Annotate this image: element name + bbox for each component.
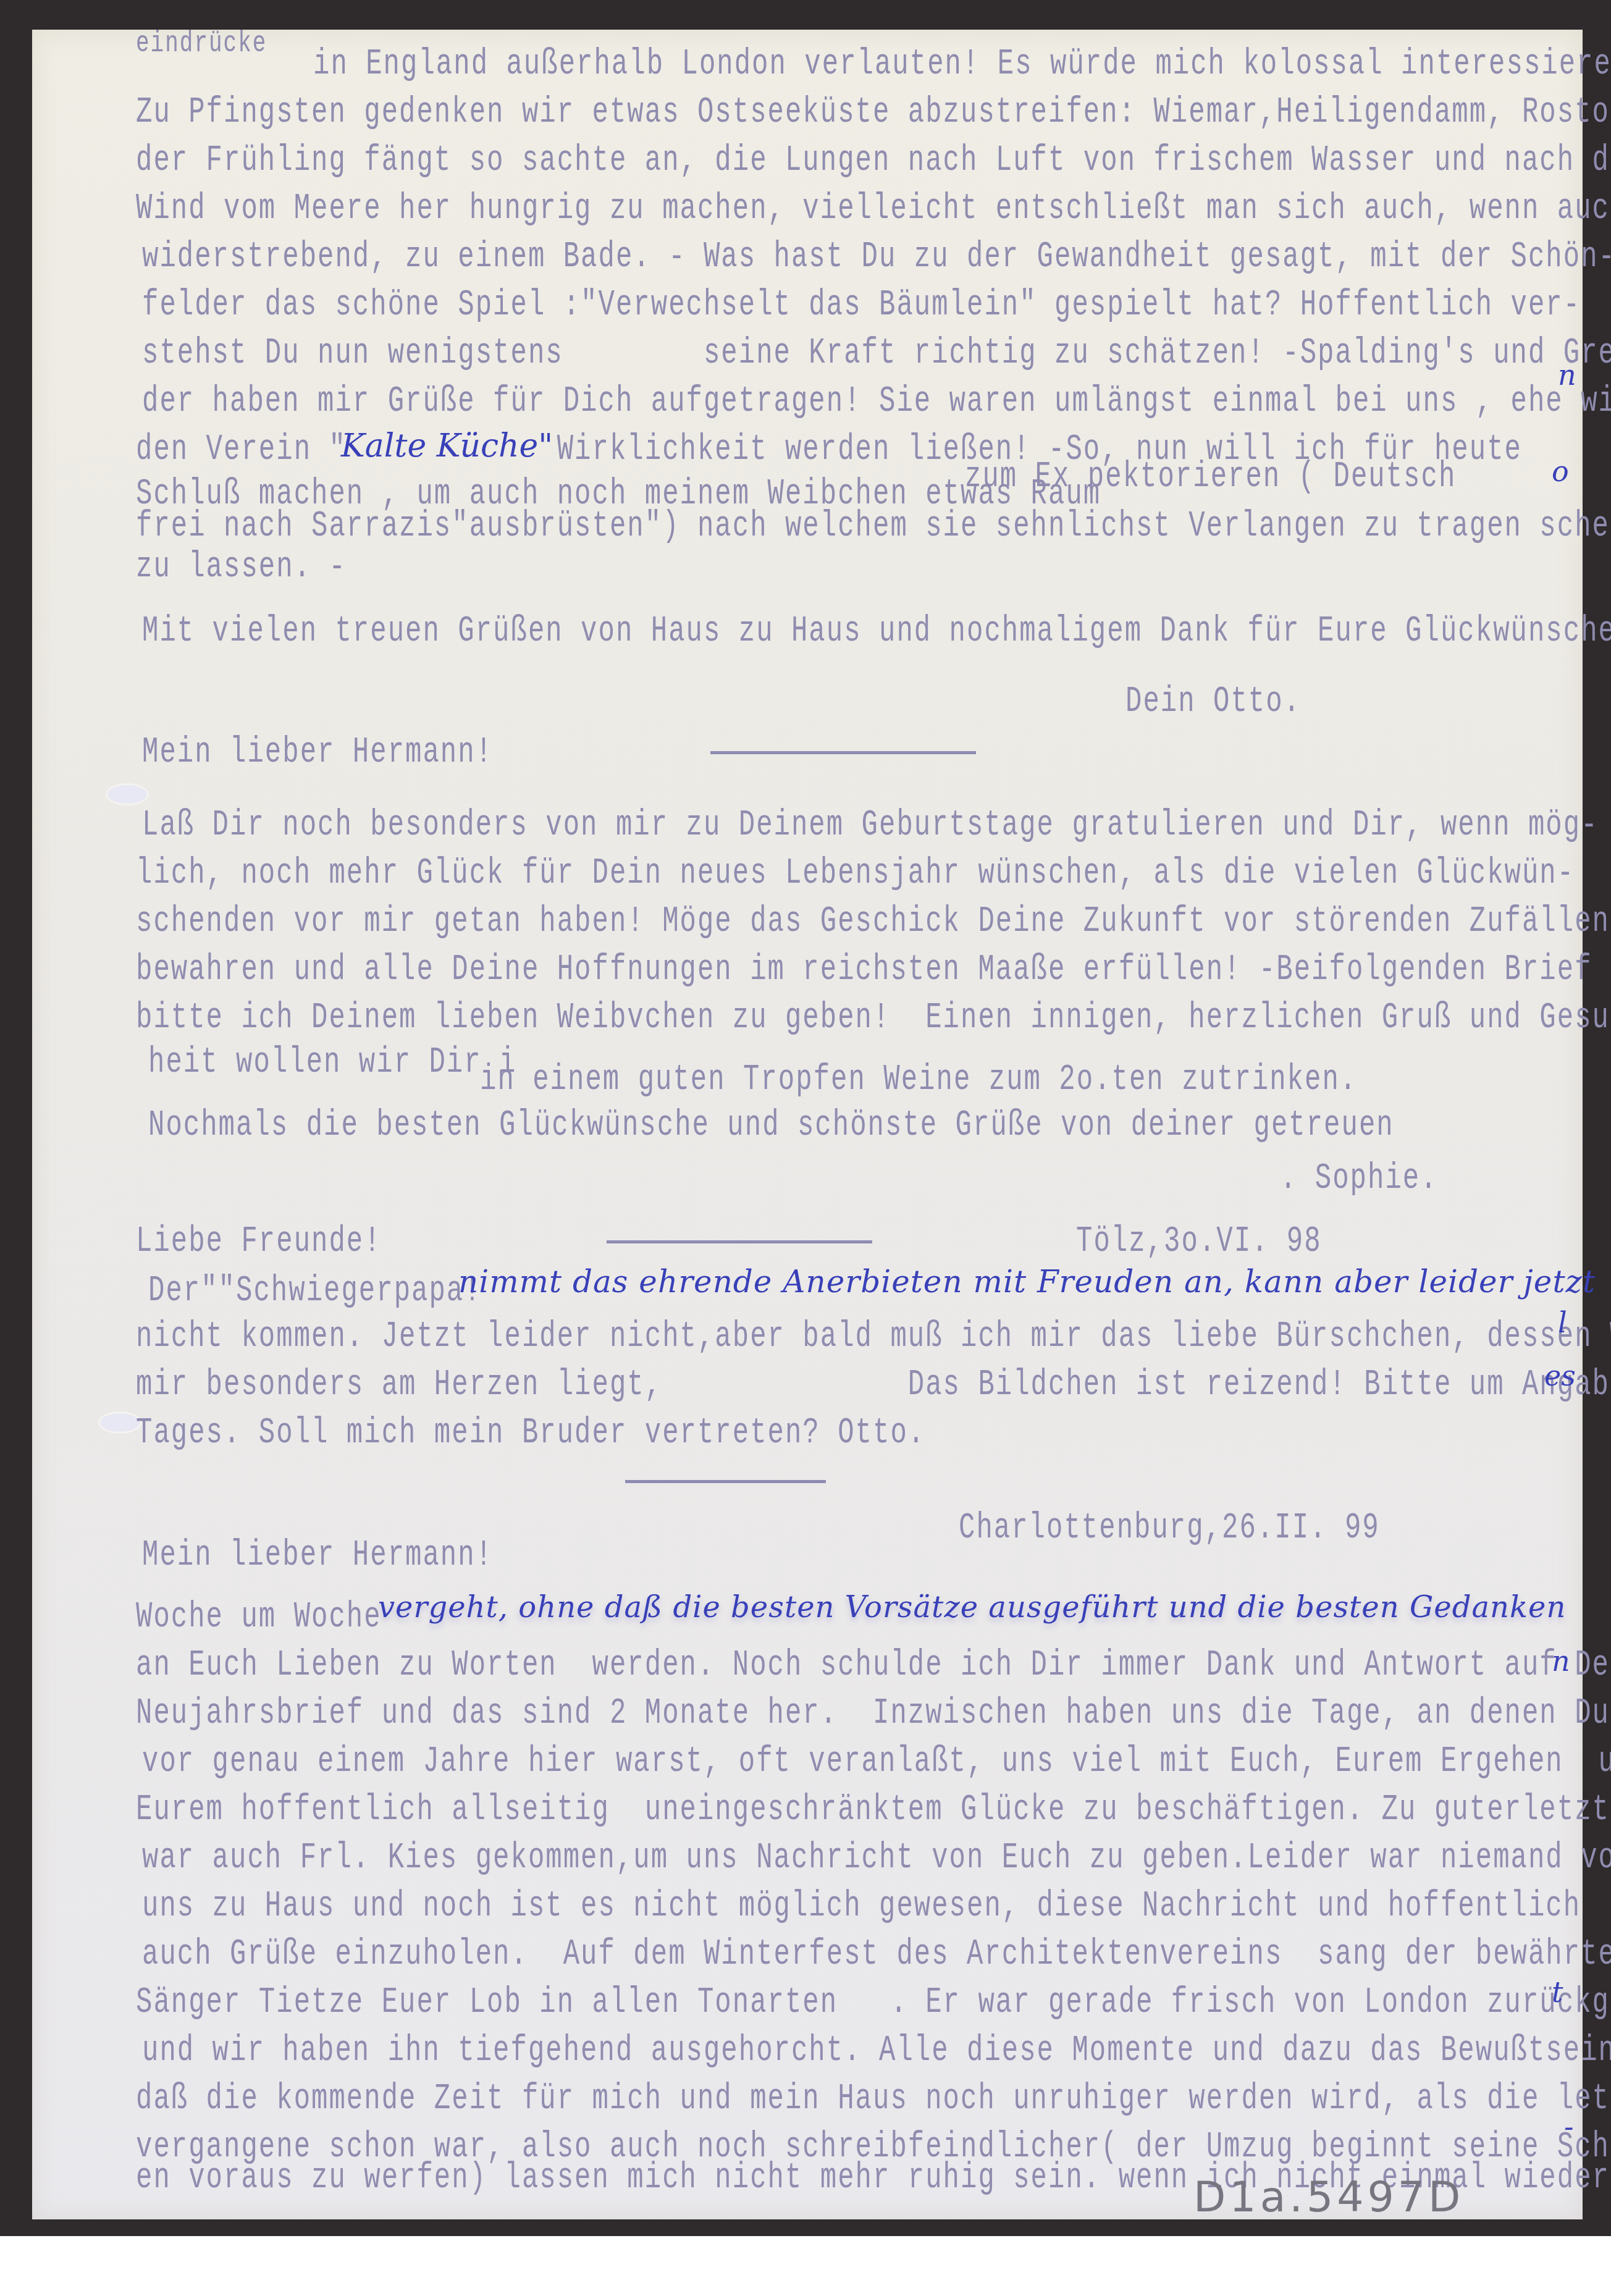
margin-mark-es: es bbox=[1544, 1359, 1576, 1392]
s2-salutation: Mein lieber Hermann! bbox=[142, 731, 493, 773]
s4-first-line: Woche um Woche bbox=[136, 1596, 382, 1638]
margin-mark-t: t bbox=[1552, 1975, 1563, 2009]
s2-line-3: bewahren und alle Deine Hoffnungen im re… bbox=[136, 949, 1592, 991]
margin-mark-o: o bbox=[1552, 455, 1569, 488]
s4-line-4: war auch Frl. Kies gekommen,um uns Nachr… bbox=[142, 1837, 1611, 1879]
handwritten-kalte-kueche: Kalte Küche" bbox=[341, 427, 553, 465]
s4-line-9: daß die kommende Zeit für mich und mein … bbox=[136, 2078, 1611, 2120]
s3-line-1: mir besonders am Herzen liegt, Das Bildc… bbox=[136, 1364, 1611, 1406]
separator-rule bbox=[710, 751, 976, 754]
archive-number: D1a.5497D bbox=[1193, 2173, 1464, 2222]
s1-line-2: der Frühling fängt so sachte an, die Lun… bbox=[136, 140, 1611, 182]
s1-line-5: felder das schöne Spiel :"Verwechselt da… bbox=[142, 284, 1581, 326]
margin-mark-n2: n bbox=[1552, 1644, 1570, 1678]
s2-line-4: bitte ich Deinem lieben Weibvchen zu geb… bbox=[136, 997, 1611, 1039]
handwritten-schwiegerpapa-line: nimmt das ehrende Anerbieten mit Freuden… bbox=[458, 1264, 1596, 1300]
s4-line-7: Sänger Tietze Euer Lob in allen Tonarten… bbox=[136, 1982, 1611, 2024]
s2-line-0: Laß Dir noch besonders von mir zu Deinem… bbox=[142, 804, 1599, 846]
s2-line-1: lich, noch mehr Glück für Dein neues Leb… bbox=[136, 852, 1575, 894]
s3-place-date: Tölz,3o.VI. 98 bbox=[1076, 1221, 1322, 1263]
s3-first-line: Der""Schwiegerpapa! bbox=[148, 1270, 482, 1312]
s4-line-8: und wir haben ihn tiefgehend ausgehorcht… bbox=[142, 2030, 1611, 2072]
s4-line-5: uns zu Haus und noch ist es nicht möglic… bbox=[142, 1885, 1581, 1927]
handwritten-woche-line: vergeht, ohne daß die besten Vorsätze au… bbox=[378, 1590, 1566, 1625]
s4-line-3: Eurem hoffentlich allseitig uneingeschrä… bbox=[136, 1789, 1610, 1831]
s4-place-date: Charlottenburg,26.II. 99 bbox=[959, 1507, 1380, 1549]
s2-subscript-line: in einem guten Tropfen Weine zum 2o.ten … bbox=[480, 1059, 1357, 1101]
s1-closing: Mit vielen treuen Grüßen von Haus zu Hau… bbox=[142, 610, 1611, 652]
s1-line-11: zu lassen. - bbox=[136, 546, 347, 588]
s1-line-0: in England außerhalb London verlauten! E… bbox=[313, 43, 1611, 85]
s1-line-3: Wind vom Meere her hungrig zu machen, vi… bbox=[136, 188, 1611, 230]
s1-line-10: frei nach Sarrazis"ausbrüsten") nach wel… bbox=[136, 505, 1611, 547]
margin-mark-l: l bbox=[1558, 1306, 1567, 1339]
s4-line-2: vor genau einem Jahre hier warst, oft ve… bbox=[142, 1741, 1611, 1783]
s4-line-6: auch Grüße einzuholen. Auf dem Winterfes… bbox=[142, 1933, 1611, 1975]
s1-line-4: widerstrebend, zu einem Bade. - Was hast… bbox=[142, 236, 1611, 278]
margin-mark-n: n bbox=[1558, 358, 1576, 392]
s1-signature: Dein Otto. bbox=[1125, 681, 1301, 723]
s1-line-6: stehst Du nun wenigstens seine Kraft ric… bbox=[142, 332, 1611, 374]
letter-page: eindrücke in England außerhalb London ve… bbox=[32, 30, 1583, 2219]
separator-rule bbox=[607, 1240, 872, 1243]
separator-rule bbox=[625, 1480, 826, 1483]
s3-salutation: Liebe Freunde! bbox=[136, 1221, 382, 1263]
s1-line-7: der haben mir Grüße für Dich aufgetragen… bbox=[142, 381, 1611, 423]
margin-mark-dash: - bbox=[1564, 2110, 1574, 2143]
s2-closing: Nochmals die besten Glückwünsche und sch… bbox=[148, 1104, 1394, 1146]
s2-signature: . Sophie. bbox=[1280, 1158, 1438, 1200]
s3-line-0: nicht kommen. Jetzt leider nicht,aber ba… bbox=[136, 1316, 1611, 1358]
s4-line-1: Neujahrsbrief und das sind 2 Monate her.… bbox=[136, 1693, 1610, 1735]
s4-salutation: Mein lieber Hermann! bbox=[142, 1534, 493, 1576]
s4-line-0: an Euch Lieben zu Worten werden. Noch sc… bbox=[136, 1644, 1611, 1686]
s3-line-2: Tages. Soll mich mein Bruder vertreten? … bbox=[136, 1412, 925, 1454]
typewritten-text: eindrücke in England außerhalb London ve… bbox=[32, 30, 1583, 2219]
top-fragment: eindrücke bbox=[136, 26, 267, 60]
s2-line-5: heit wollen wir Dir i bbox=[148, 1041, 517, 1083]
s1-line-1: Zu Pfingsten gedenken wir etwas Ostseekü… bbox=[136, 91, 1611, 133]
s2-line-2: schenden vor mir getan haben! Möge das G… bbox=[136, 901, 1610, 943]
